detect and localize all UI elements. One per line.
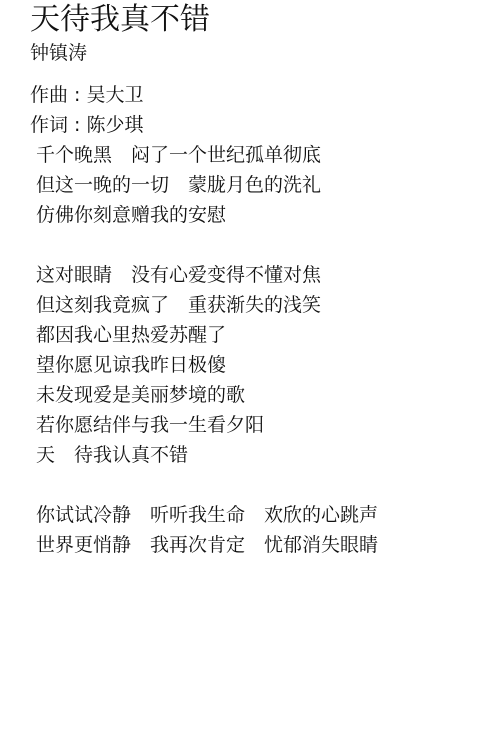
stanza-break xyxy=(36,230,378,260)
lyric-line: 望你愿见谅我昨日极傻 xyxy=(36,350,378,380)
lyrics-body: 千个晚黑 闷了一个世纪孤单彻底 但这一晚的一切 蒙胧月色的洗礼 仿佛你刻意赠我的… xyxy=(36,140,378,560)
lyric-line: 你试试冷静 听听我生命 欢欣的心跳声 xyxy=(36,500,378,530)
song-title: 天待我真不错 xyxy=(30,2,210,38)
lyric-line: 若你愿结伴与我一生看夕阳 xyxy=(36,410,378,440)
stanza-2: 这对眼睛 没有心爱变得不懂对焦 但这刻我竟疯了 重获渐失的浅笑 都因我心里热爱苏… xyxy=(36,260,378,470)
stanza-3: 你试试冷静 听听我生命 欢欣的心跳声 世界更悄静 我再次肯定 忧郁消失眼睛 xyxy=(36,500,378,560)
lyric-line: 未发现爱是美丽梦境的歌 xyxy=(36,380,378,410)
lyric-line: 但这一晚的一切 蒙胧月色的洗礼 xyxy=(36,170,378,200)
lyric-line: 天 待我认真不错 xyxy=(36,440,378,470)
lyric-line: 都因我心里热爱苏醒了 xyxy=(36,320,378,350)
lyric-line: 世界更悄静 我再次肯定 忧郁消失眼睛 xyxy=(36,530,378,560)
lyric-line: 但这刻我竟疯了 重获渐失的浅笑 xyxy=(36,290,378,320)
lyric-line: 这对眼睛 没有心爱变得不懂对焦 xyxy=(36,260,378,290)
composer-credit: 作曲 : 吴大卫 xyxy=(30,80,143,110)
stanza-break xyxy=(36,470,378,500)
lyric-line: 千个晚黑 闷了一个世纪孤单彻底 xyxy=(36,140,378,170)
lyric-line: 仿佛你刻意赠我的安慰 xyxy=(36,200,378,230)
lyricist-credit: 作词 : 陈少琪 xyxy=(30,110,143,140)
credits: 作曲 : 吴大卫 作词 : 陈少琪 xyxy=(30,80,143,140)
stanza-1: 千个晚黑 闷了一个世纪孤单彻底 但这一晚的一切 蒙胧月色的洗礼 仿佛你刻意赠我的… xyxy=(36,140,378,230)
artist-name: 钟镇涛 xyxy=(30,40,87,66)
